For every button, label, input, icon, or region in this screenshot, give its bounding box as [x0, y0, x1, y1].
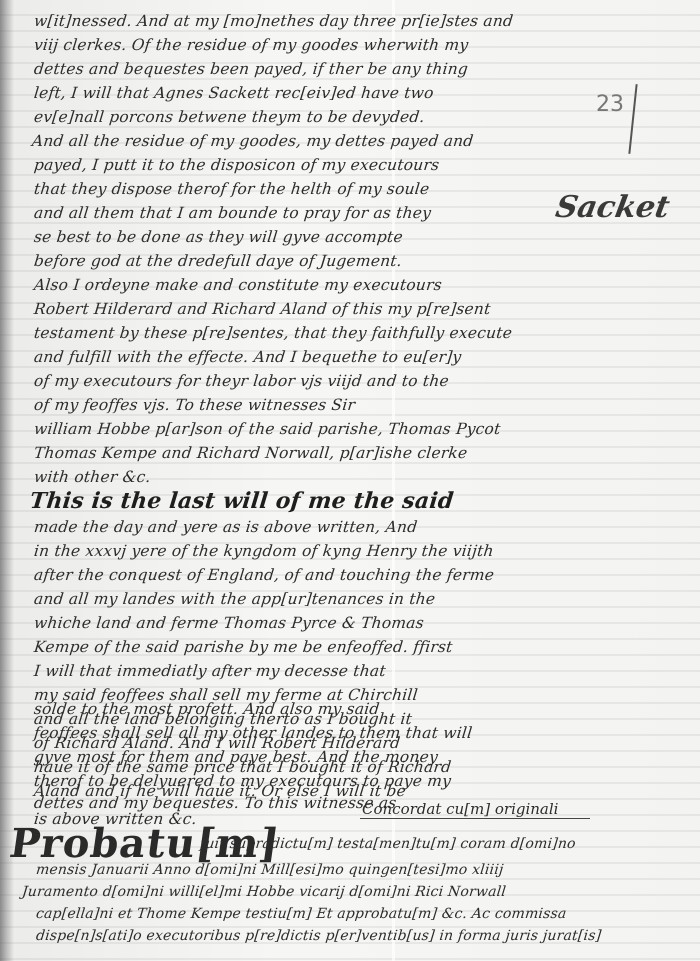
text-line: viij clerkes. Of the residue of my goode…	[33, 36, 469, 54]
text-line: before god at the dredefull daye of Juge…	[33, 252, 403, 270]
text-line: whiche land and ferme Thomas Pyrce & Tho…	[33, 614, 425, 632]
text-line: therof to be delyuered to my executours …	[33, 772, 452, 790]
probate-line: mensis Januarii Anno d[omi]ni Mill[esi]m…	[35, 862, 504, 878]
probate-line: fuit supradictu[m] testa[men]tu[m] coram…	[199, 836, 576, 852]
text-line: And all the residue of my goodes, my det…	[31, 132, 474, 150]
probate-line: cap[ella]ni et Thome Kempe testiu[m] Et …	[35, 906, 567, 922]
text-line: feoffees shall sell all my other landes …	[33, 724, 473, 742]
concordat-rule	[360, 818, 590, 819]
text-line: and fulfill with the effecte. And I bequ…	[33, 348, 462, 366]
text-line: with other &c.	[33, 468, 152, 486]
text-line: Thomas Kempe and Richard Norwall, p[ar]i…	[33, 444, 468, 462]
text-line: payed, I putt it to the disposicon of my…	[33, 156, 440, 174]
probate-line: dispe[n]s[ati]o executoribus p[re]dictis…	[35, 928, 602, 944]
text-line: that they dispose therof for the helth o…	[33, 180, 430, 198]
text-line: of my feoffes vjs. To these witnesses Si…	[33, 396, 356, 414]
text-line: Kempe of the said parishe by me be enfeo…	[33, 638, 454, 656]
folio-number: 23	[596, 92, 624, 117]
probate-line: Juramento d[omi]ni willi[el]mi Hobbe vic…	[21, 884, 507, 900]
manuscript-page: 23 Sacket w[it]nessed. And at my [mo]net…	[0, 0, 700, 961]
text-line: Also I ordeyne make and constitute my ex…	[33, 276, 443, 294]
text-line: gyve most for them and paye best. And th…	[33, 748, 439, 766]
text-line: testament by these p[re]sentes, that the…	[33, 324, 513, 342]
text-line: w[it]nessed. And at my [mo]nethes day th…	[33, 12, 514, 30]
text-line: and all them that I am bounde to pray fo…	[33, 204, 432, 222]
text-line: ev[e]nall porcons betwene theym to be de…	[33, 108, 426, 126]
text-line: of my executours for theyr labor vjs vii…	[33, 372, 450, 390]
margin-testator-name: Sacket	[553, 190, 672, 225]
text-line: dettes and bequestes been payed, if ther…	[33, 60, 469, 78]
text-line: and all my landes with the app[ur]tenanc…	[33, 590, 436, 608]
text-line: made the day and yere as is above writte…	[33, 518, 418, 536]
text-line: Robert Hilderard and Richard Aland of th…	[33, 300, 491, 318]
text-line: in the xxxvj yere of the kyngdom of kyng…	[33, 542, 495, 560]
text-line: left, I will that Agnes Sackett rec[eiv]…	[33, 84, 435, 102]
will-heading-line: This is the last will of me the said	[29, 488, 455, 514]
text-line: after the conquest of England, of and to…	[33, 566, 495, 584]
concordat-note: Concordat cu[m] originali	[362, 800, 558, 818]
text-line: I will that immediatly after my decesse …	[33, 662, 387, 680]
text-line: solde to the most profett. And also my s…	[33, 700, 380, 718]
text-line: se best to be done as they will gyve acc…	[33, 228, 404, 246]
text-line: william Hobbe p[ar]son of the said paris…	[33, 420, 501, 438]
margin-bracket	[628, 84, 637, 154]
